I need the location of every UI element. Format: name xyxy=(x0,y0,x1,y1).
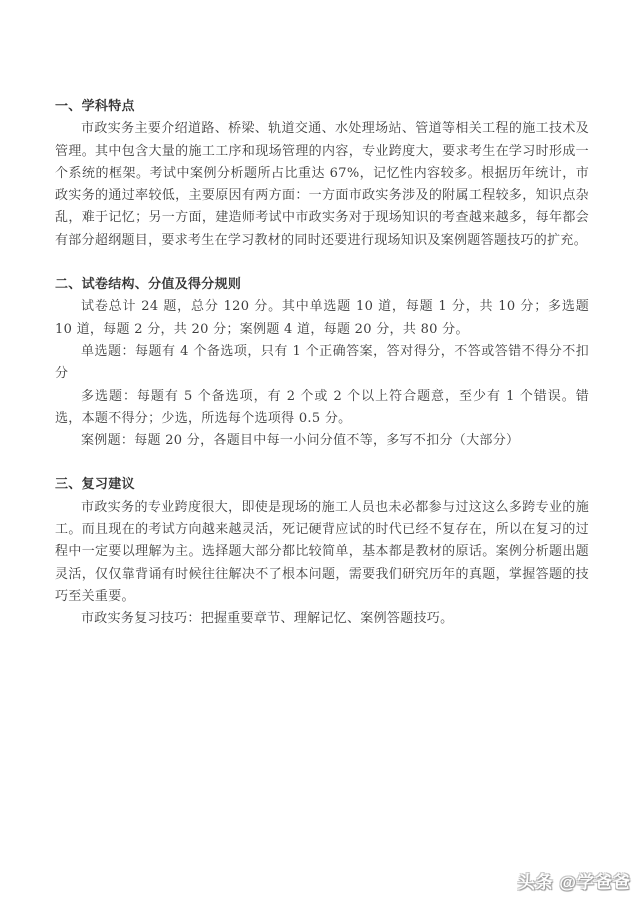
paragraph: 多选题：每题有 5 个备选项，有 2 个或 2 个以上符合题意，至少有 1 个错… xyxy=(55,386,589,431)
paragraph: 案例题：每题 20 分，各题目中每一小问分值不等，多写不扣分（大部分） xyxy=(55,430,589,452)
section-heading: 一、学科特点 xyxy=(55,96,589,118)
section-heading: 三、复习建议 xyxy=(55,474,589,496)
paragraph: 单选题：每题有 4 个备选项，只有 1 个正确答案，答对得分，不答或答错不得分不… xyxy=(55,341,589,386)
paragraph: 市政实务的专业跨度很大，即使是现场的施工人员也未必都参与过这这么多跨专业的施工。… xyxy=(55,497,589,608)
toutiao-watermark: 头条 @学爸爸 xyxy=(518,868,631,893)
paragraph: 试卷总计 24 题，总分 120 分。其中单选题 10 道，每题 1 分，共 1… xyxy=(55,296,589,341)
paragraph: 市政实务主要介绍道路、桥梁、轨道交通、水处理场站、管道等相关工程的施工技术及管理… xyxy=(55,118,589,252)
section-subject-features: 一、学科特点 市政实务主要介绍道路、桥梁、轨道交通、水处理场站、管道等相关工程的… xyxy=(55,96,589,252)
section-heading: 二、试卷结构、分值及得分规则 xyxy=(55,274,589,296)
document-page: 一、学科特点 市政实务主要介绍道路、桥梁、轨道交通、水处理场站、管道等相关工程的… xyxy=(55,96,589,631)
section-paper-structure: 二、试卷结构、分值及得分规则 试卷总计 24 题，总分 120 分。其中单选题 … xyxy=(55,274,589,452)
section-review-advice: 三、复习建议 市政实务的专业跨度很大，即使是现场的施工人员也未必都参与过这这么多… xyxy=(55,474,589,630)
paragraph: 市政实务复习技巧：把握重要章节、理解记忆、案例答题技巧。 xyxy=(55,608,589,630)
